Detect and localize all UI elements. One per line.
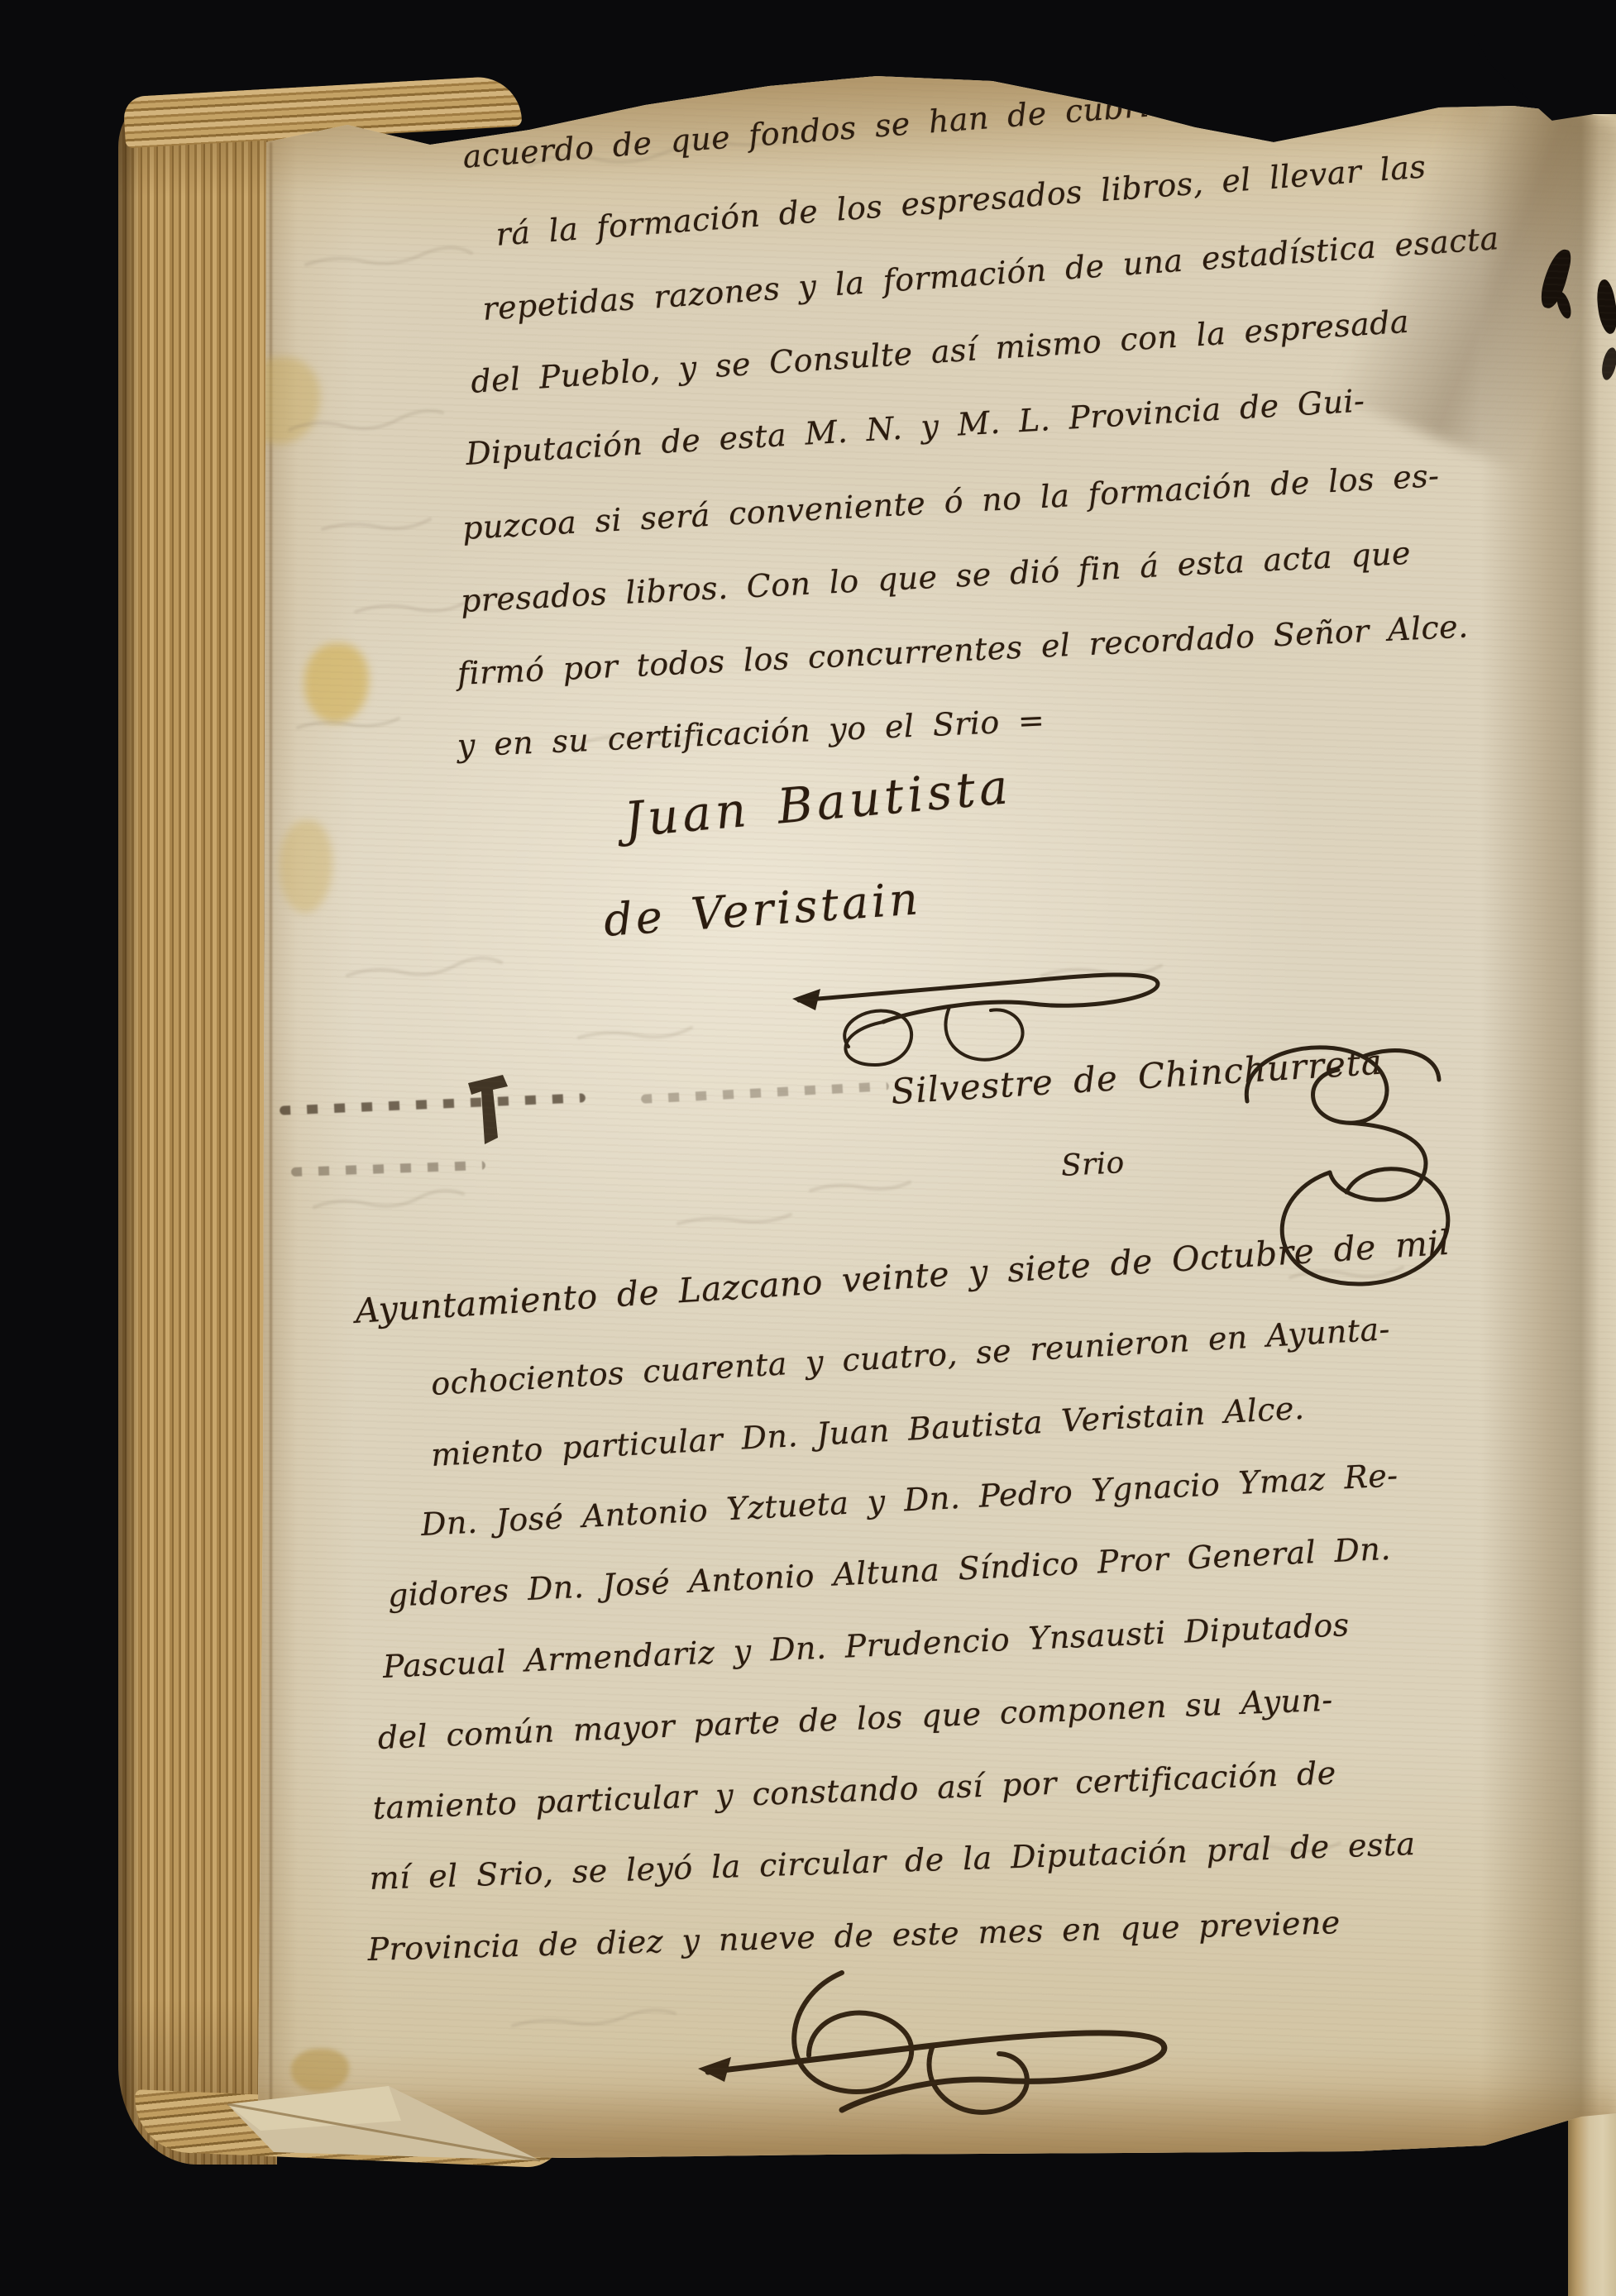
signature-rubric-flourish	[784, 941, 1181, 1077]
page-fold-crease	[270, 142, 272, 2143]
handwritten-line: firmó por todos los concurrentes el reco…	[457, 608, 1469, 692]
photographed-book-spread: acuerdo de que fondos se han de cubrir l…	[0, 0, 1616, 2296]
handwritten-line: Dn. José Antonio Yztueta y Dn. Pedro Ygn…	[420, 1457, 1398, 1543]
handwritten-line: repetidas razones y la formación de una …	[481, 220, 1500, 327]
handwritten-line: Diputación de esta M. N. y M. L. Provinc…	[465, 382, 1365, 471]
handwritten-line: tamiento particular y constando así por …	[372, 1754, 1336, 1826]
handwritten-line: puzcoa si será conveniente ó no la forma…	[461, 457, 1440, 547]
handwritten-line: del común mayor parte de los que compone…	[377, 1682, 1333, 1756]
fore-edge-page-stack	[118, 98, 277, 2165]
setoff-ink-dots	[641, 1081, 889, 1104]
handwritten-line: del Pueblo, y se Consulte así mismo con …	[470, 303, 1410, 400]
ink-blot	[1537, 246, 1573, 311]
gutter-crease-shadow	[1331, 65, 1616, 472]
signature-silvestre-chinchurreta: Silvestre de Chinchurreta	[890, 1042, 1384, 1112]
signature-juan-bautista-line1: Juan Bautista	[622, 758, 1014, 848]
setoff-ink-blot	[460, 1072, 518, 1148]
setoff-ink-dots	[291, 1161, 485, 1177]
handwritten-line: Ayuntamiento de Lazcano veinte y siete d…	[354, 1223, 1451, 1331]
signature-secretary-abbreviation: Srio	[1060, 1146, 1126, 1183]
handwritten-line: gidores Dn. José Antonio Altuna Síndico …	[387, 1530, 1392, 1614]
handwritten-line: acuerdo de que fondos se han de cubrir l…	[461, 55, 1585, 175]
handwritten-line: ochocientos cuarenta y cuatro, se reunie…	[430, 1310, 1391, 1402]
paper-stain	[1278, 43, 1435, 109]
paper-stain	[280, 820, 332, 913]
handwritten-line: mí el Srio, se leyó la circular de la Di…	[369, 1826, 1416, 1897]
dog-ear-fold	[211, 2071, 558, 2170]
handwritten-line: y en su certificación yo el Srio =	[457, 702, 1045, 764]
paper-stain	[304, 643, 369, 723]
handwritten-line: presados libros. Con lo que se dió fin á…	[460, 535, 1412, 619]
closing-rubric-flourish	[685, 1948, 1198, 2155]
handwritten-line: rá la formación de los espresados libros…	[495, 148, 1427, 252]
ink-blot	[1599, 346, 1616, 381]
ink-blot	[1593, 279, 1616, 336]
handwritten-line: Provincia de diez y nueve de este mes en…	[367, 1904, 1341, 1968]
secretary-rubric-flourish	[1222, 1027, 1520, 1300]
ink-blot	[1554, 290, 1574, 321]
handwritten-line: miento particular Dn. Juan Bautista Veri…	[430, 1390, 1305, 1473]
setoff-ink-dots	[280, 1093, 586, 1115]
signature-juan-bautista-line2: de Veristain	[602, 872, 923, 947]
handwritten-line: Pascual Armendariz y Dn. Prudencio Ynsau…	[382, 1606, 1350, 1685]
